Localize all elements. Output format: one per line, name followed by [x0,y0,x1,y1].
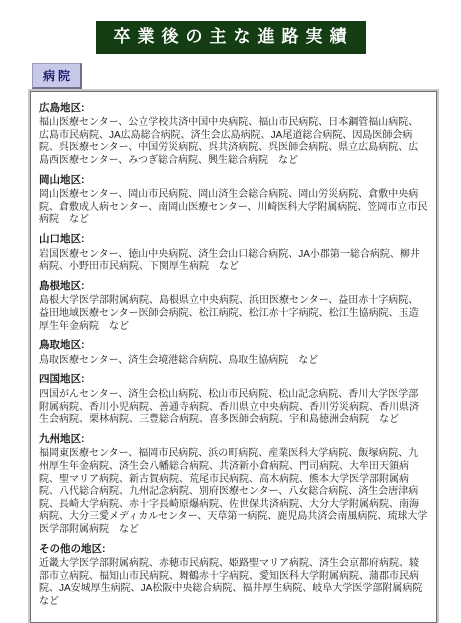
region-section-yamaguchi: 山口地区: 岩国医療センター、徳山中央病院、済生会山口総合病院、JA小郡第一総合… [39,233,428,274]
region-heading: 岡山地区: [39,174,428,187]
region-heading: 島根地区: [39,280,428,293]
hospital-list: 福山医療センター、公立学校共済中国中央病院、福山市民病院、日本鋼管福山病院、広島… [39,117,428,167]
region-heading: 広島地区: [39,102,428,115]
region-heading: 九州地区: [39,433,428,446]
hospital-list: 近畿大学医学部附属病院、赤穂市民病院、姫路聖マリア病院、済生会京都府病院、綾部市… [39,558,428,608]
region-heading: 鳥取地区: [39,339,428,352]
region-heading: その他の地区: [39,543,428,556]
hospital-list: 島根大学医学部附属病院、島根県立中央病院、浜田医療センター、益田赤十字病院、益田… [39,295,428,333]
region-section-hiroshima: 広島地区: 福山医療センター、公立学校共済中国中央病院、福山市民病院、日本鋼管福… [39,102,428,168]
region-section-shimane: 島根地区: 島根大学医学部附属病院、島根県立中央病院、浜田医療センター、益田赤十… [39,280,428,333]
hospital-list: 岡山医療センター、岡山市民病院、岡山済生会総合病院、岡山労災病院、倉敷中央病院、… [39,189,428,227]
region-heading: 四国地区: [39,373,428,386]
hospital-list: 福岡東医療センター、福岡市民病院、浜の町病院、産業医科大学病院、飯塚病院、九州厚… [39,448,428,536]
hospital-list-panel: 広島地区: 福山医療センター、公立学校共済中国中央病院、福山市民病院、日本鋼管福… [30,91,437,623]
region-section-okayama: 岡山地区: 岡山医療センター、岡山市民病院、岡山済生会総合病院、岡山労災病院、倉… [39,174,428,227]
hospital-list: 鳥取医療センター、済生会境港総合病院、鳥取生協病院 など [39,355,428,368]
region-section-kyushu: 九州地区: 福岡東医療センター、福岡市民病院、浜の町病院、産業医科大学病院、飯塚… [39,433,428,537]
hospital-list: 岩国医療センター、徳山中央病院、済生会山口総合病院、JA小郡第一総合病院、柳井病… [39,249,428,274]
region-heading: 山口地区: [39,233,428,246]
tab-row: 病院 [32,63,461,89]
region-section-other: その他の地区: 近畿大学医学部附属病院、赤穂市民病院、姫路聖マリア病院、済生会京… [39,543,428,609]
region-section-tottori: 鳥取地区: 鳥取医療センター、済生会境港総合病院、鳥取生協病院 など [39,339,428,367]
tab-hospital[interactable]: 病院 [32,63,82,89]
page-title: 卒業後の主な進路実績 [96,21,366,54]
region-section-shikoku: 四国地区: 四国がんセンター、済生会松山病院、松山市民病院、松山記念病院、香川大… [39,373,428,426]
page: 卒業後の主な進路実績 病院 広島地区: 福山医療センター、公立学校共済中国中央病… [0,21,461,623]
hospital-list: 四国がんセンター、済生会松山病院、松山市民病院、松山記念病院、香川大学医学部附属… [39,389,428,427]
